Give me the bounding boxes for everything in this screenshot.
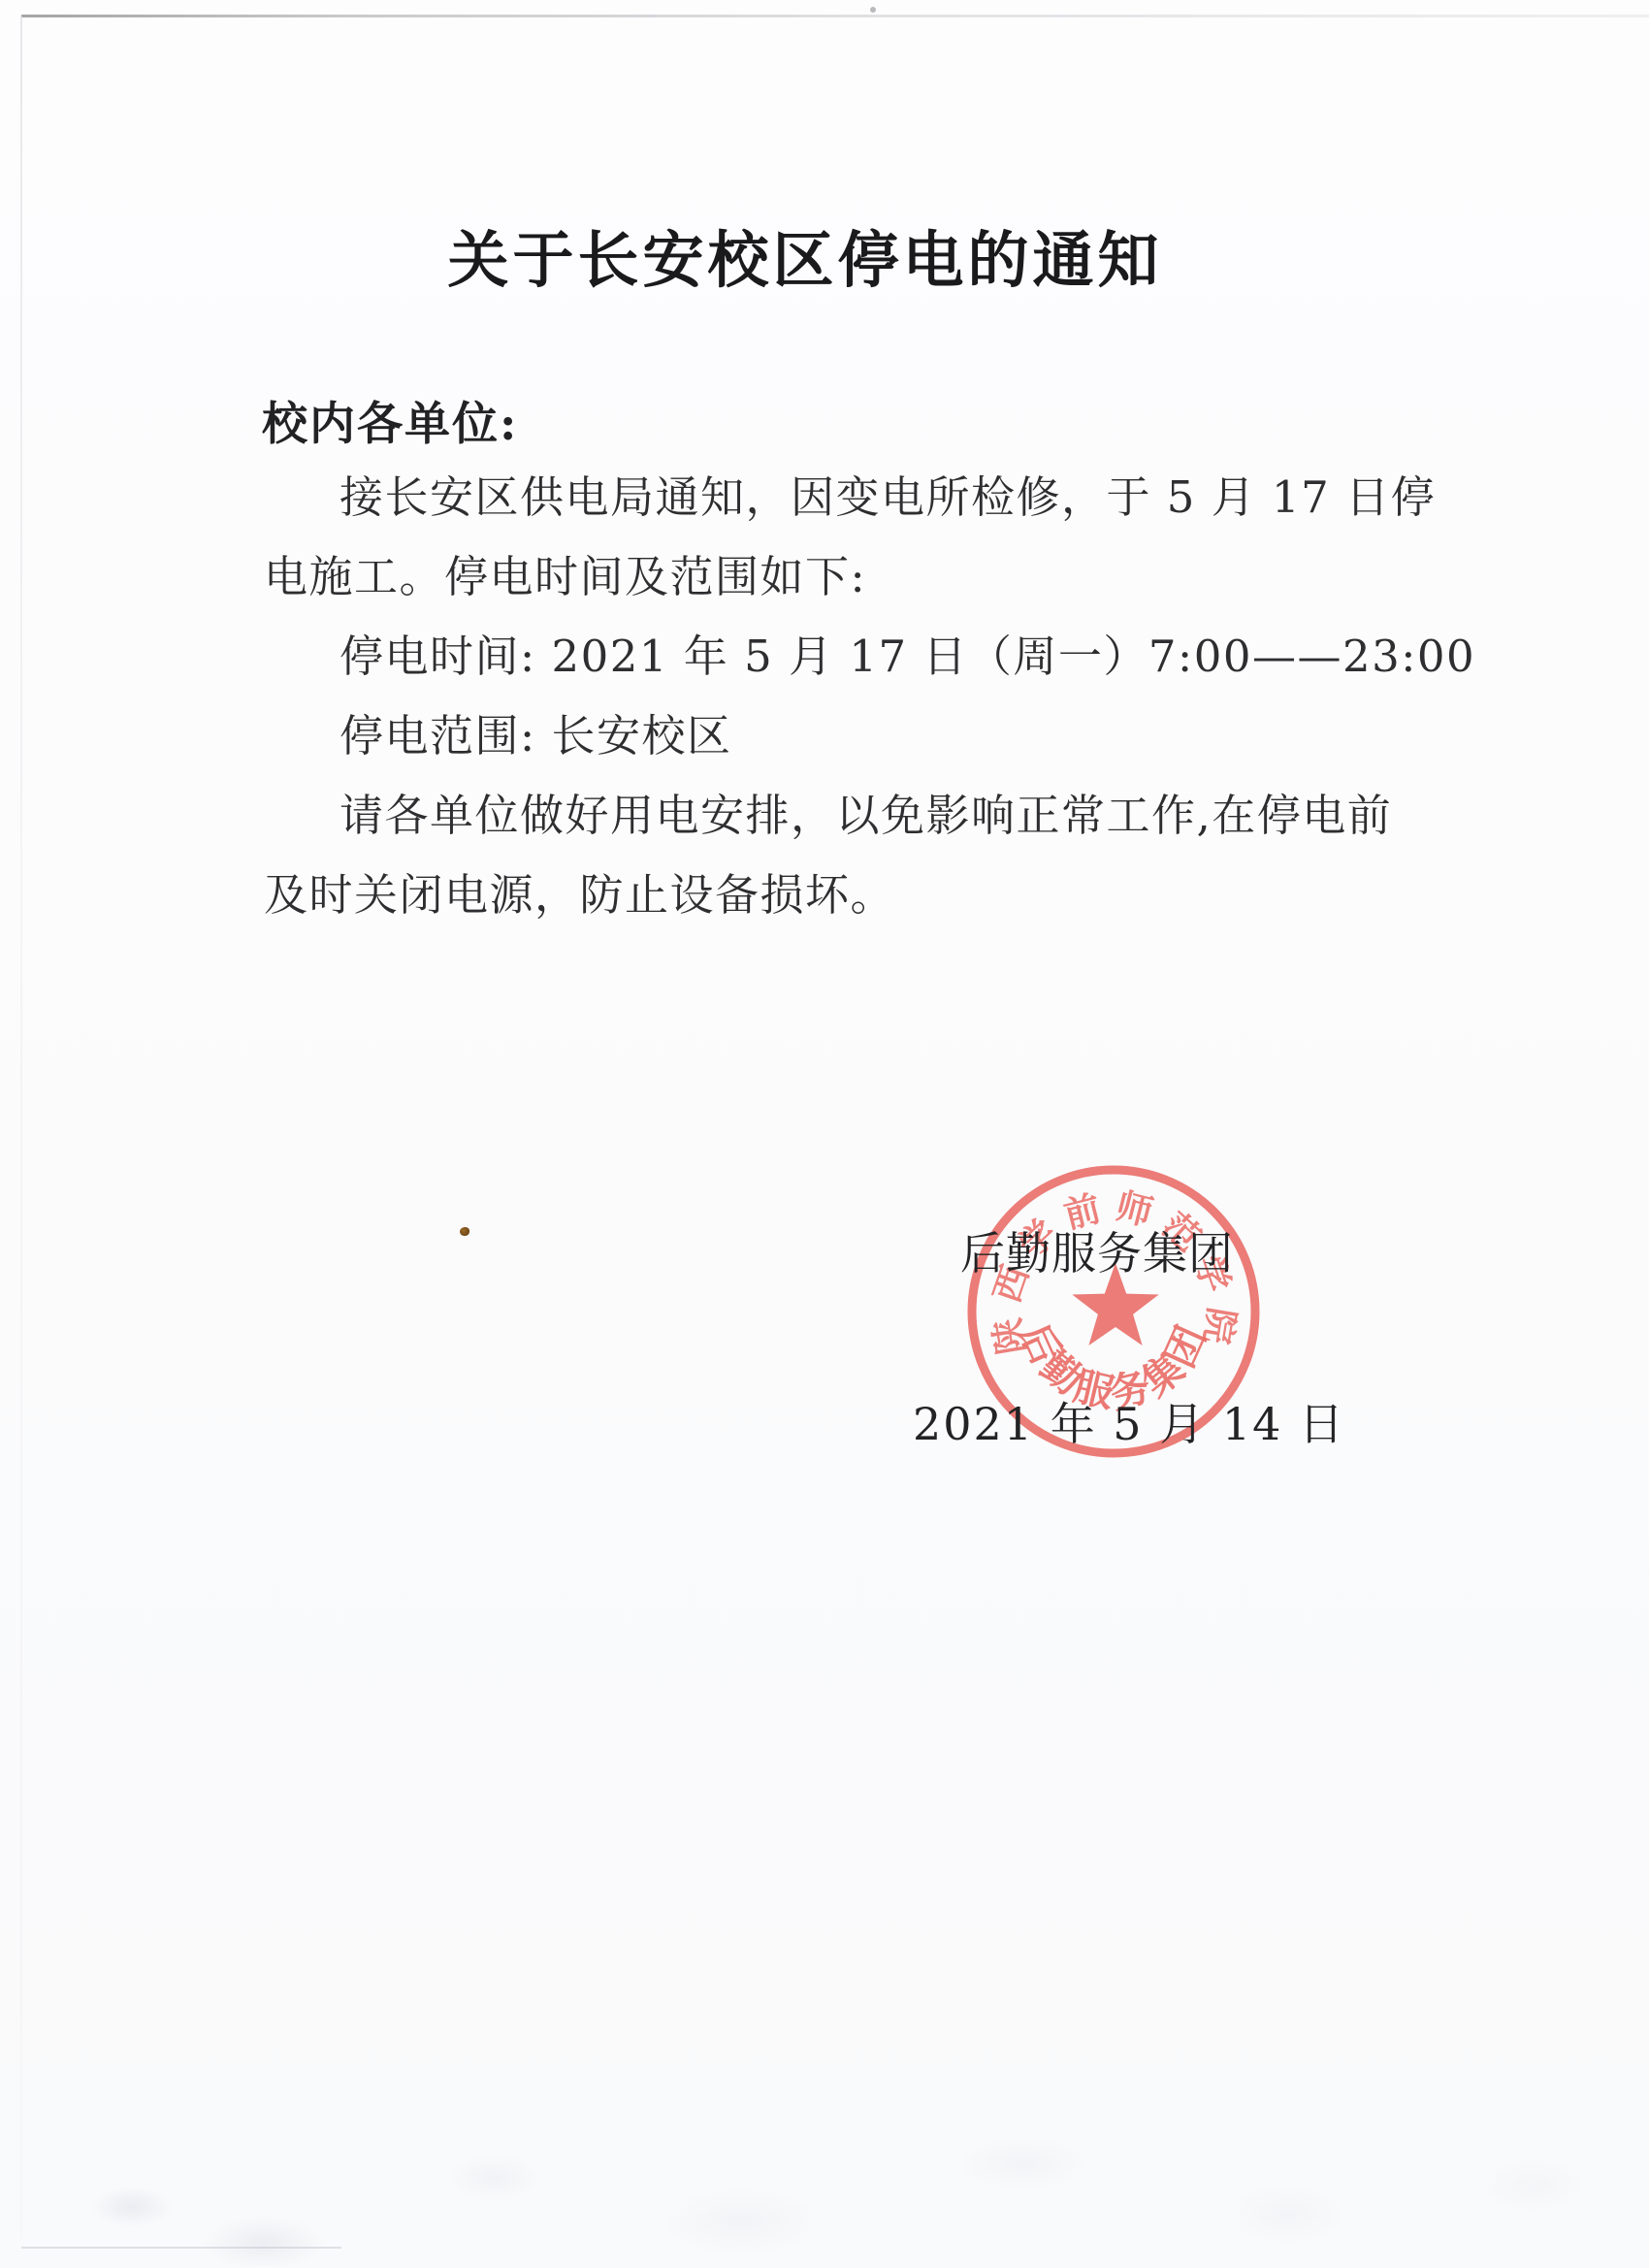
scan-edge-top <box>21 15 1649 17</box>
body-line: 请各单位做好用电安排，以免影响正常工作,在停电前 <box>264 776 1428 856</box>
document-page: 关于长安校区停电的通知 校内各单位: 接长安区供电局通知，因变电所检修，于 5 … <box>0 0 1649 2268</box>
salutation: 校内各单位: <box>262 388 518 453</box>
signature-org: 后勤服务集团 <box>960 1218 1234 1282</box>
scan-noise <box>0 2120 1649 2265</box>
body-line: 及时关闭电源，防止设备损坏。 <box>264 856 1428 935</box>
ink-speck <box>460 1227 469 1236</box>
body-line: 电施工。停电时间及范围如下: <box>264 537 1428 617</box>
page-title: 关于长安校区停电的通知 <box>0 211 1630 300</box>
body-line: 停电时间: 2021 年 5 月 17 日（周一）7:00——23:00 <box>264 617 1428 697</box>
ink-speck-top <box>870 7 876 13</box>
scan-edge-left <box>20 16 22 2239</box>
notice-body: 接长安区供电局通知，因变电所检修，于 5 月 17 日停 电施工。停电时间及范围… <box>264 458 1428 935</box>
body-line: 停电范围: 长安校区 <box>264 697 1428 776</box>
date-line: 2021 年 5 月 14 日 <box>913 1389 1345 1453</box>
body-line: 接长安区供电局通知，因变电所检修，于 5 月 17 日停 <box>264 458 1428 537</box>
